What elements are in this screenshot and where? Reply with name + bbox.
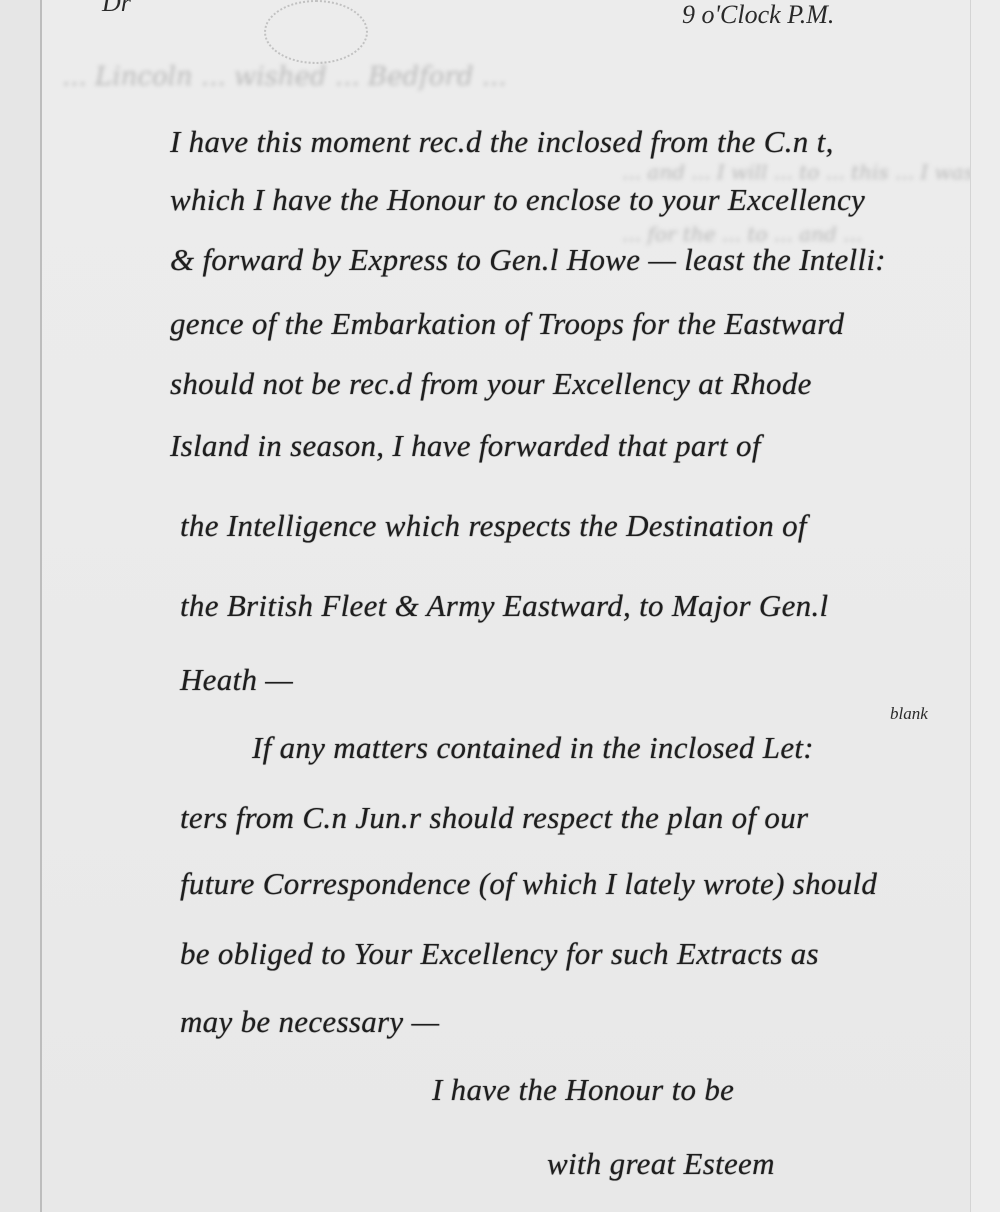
manuscript-page: Dr 9 o'Clock P.M. ... Lincoln ... wished… bbox=[42, 0, 970, 1212]
header-fragment: Dr bbox=[102, 0, 131, 18]
letter-line: If any matters contained in the inclosed… bbox=[252, 730, 814, 766]
letter-line: Island in season, I have forwarded that … bbox=[170, 428, 761, 464]
closing-line: I have the Honour to be bbox=[432, 1072, 734, 1108]
bleed-through-text: ... and ... I will ... to ... this ... I… bbox=[622, 160, 999, 184]
archive-stamp-icon bbox=[264, 0, 368, 64]
scan-right-margin bbox=[970, 0, 1000, 1212]
bleed-through-text: ... Lincoln ... wished ... Bedford ... bbox=[62, 62, 507, 92]
letter-line: I have this moment rec.d the inclosed fr… bbox=[170, 124, 834, 160]
letter-line: ters from C.n Jun.r should respect the p… bbox=[180, 800, 808, 836]
letter-line: may be necessary — bbox=[180, 1004, 439, 1040]
letter-line: which I have the Honour to enclose to yo… bbox=[170, 182, 865, 218]
letter-line: be obliged to Your Excellency for such E… bbox=[180, 936, 819, 972]
letter-line: future Correspondence (of which I lately… bbox=[180, 866, 877, 902]
letter-line: the Intelligence which respects the Dest… bbox=[180, 508, 807, 544]
letter-line: & forward by Express to Gen.l Howe — lea… bbox=[170, 242, 886, 278]
letter-line: the British Fleet & Army Eastward, to Ma… bbox=[180, 588, 828, 624]
letter-line: should not be rec.d from your Excellency… bbox=[170, 366, 812, 402]
letter-line: gence of the Embarkation of Troops for t… bbox=[170, 306, 844, 342]
time-note: 9 o'Clock P.M. bbox=[682, 0, 834, 30]
insertion-note: blank bbox=[890, 704, 928, 724]
letter-line: Heath — bbox=[180, 662, 293, 698]
scan-left-margin bbox=[0, 0, 40, 1212]
closing-line: with great Esteem bbox=[547, 1146, 775, 1182]
